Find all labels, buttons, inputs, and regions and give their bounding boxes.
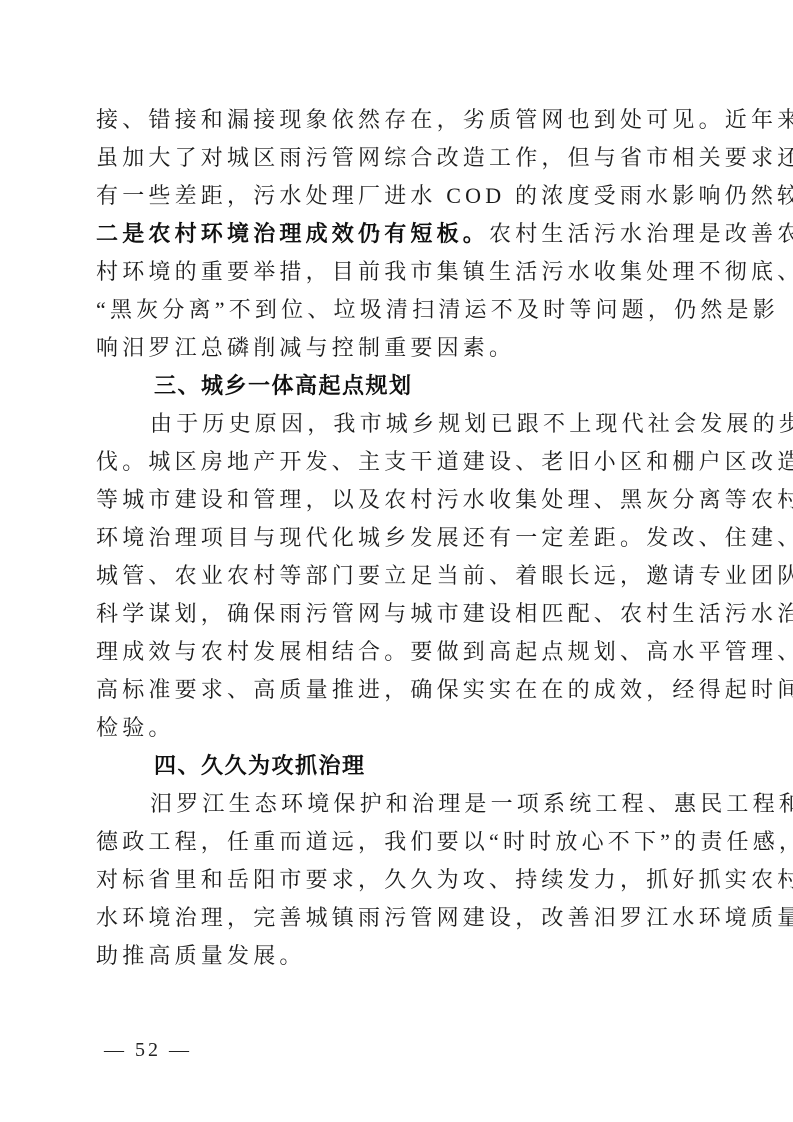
text-line paragraph-start: 汨罗江生态环境保护和治理是一项系统工程、惠民工程和	[96, 785, 706, 823]
text-line: 村环境的重要举措，目前我市集镇生活污水收集处理不彻底、	[96, 253, 706, 291]
text-line: 检验。	[96, 709, 706, 747]
document-body: 接、错接和漏接现象依然存在，劣质管网也到处可见。近年来， 虽加大了对城区雨污管网…	[96, 101, 706, 975]
text-line: 等城市建设和管理，以及农村污水收集处理、黑灰分离等农村	[96, 481, 706, 519]
text-line: 有一些差距，污水处理厂进水 COD 的浓度受雨水影响仍然较大。	[96, 177, 706, 215]
text-line: 响汨罗江总磷削减与控制重要因素。	[96, 329, 706, 367]
text-line: 理成效与农村发展相结合。要做到高起点规划、高水平管理、	[96, 633, 706, 671]
bold-lead-phrase: 二是农村环境治理成效仍有短板。	[96, 221, 489, 246]
text-line: “黑灰分离”不到位、垃圾清扫清运不及时等问题，仍然是影	[96, 291, 706, 329]
text-line-rest: 农村生活污水治理是改善农	[489, 221, 793, 246]
text-line: 城管、农业农村等部门要立足当前、着眼长远，邀请专业团队	[96, 557, 706, 595]
text-line: 高标准要求、高质量推进，确保实实在在的成效，经得起时间	[96, 671, 706, 709]
text-line: 对标省里和岳阳市要求，久久为攻、持续发力，抓好抓实农村	[96, 861, 706, 899]
text-line: 虽加大了对城区雨污管网综合改造工作，但与省市相关要求还	[96, 139, 706, 177]
text-line: 二是农村环境治理成效仍有短板。农村生活污水治理是改善农	[96, 215, 706, 253]
text-line: 助推高质量发展。	[96, 937, 706, 975]
section-heading-three: 三、城乡一体高起点规划	[96, 367, 706, 405]
section-heading-four: 四、久久为攻抓治理	[96, 747, 706, 785]
page-number: — 52 —	[104, 1036, 192, 1064]
text-line: 伐。城区房地产开发、主支干道建设、老旧小区和棚户区改造	[96, 443, 706, 481]
text-line: 德政工程，任重而道远，我们要以“时时放心不下”的责任感，	[96, 823, 706, 861]
text-line paragraph-start: 由于历史原因，我市城乡规划已跟不上现代社会发展的步	[96, 405, 706, 443]
text-line: 科学谋划，确保雨污管网与城市建设相匹配、农村生活污水治	[96, 595, 706, 633]
text-line: 水环境治理，完善城镇雨污管网建设，改善汨罗江水环境质量，	[96, 899, 706, 937]
document-page: 接、错接和漏接现象依然存在，劣质管网也到处可见。近年来， 虽加大了对城区雨污管网…	[0, 0, 793, 1122]
text-line: 接、错接和漏接现象依然存在，劣质管网也到处可见。近年来，	[96, 101, 706, 139]
text-line: 环境治理项目与现代化城乡发展还有一定差距。发改、住建、	[96, 519, 706, 557]
